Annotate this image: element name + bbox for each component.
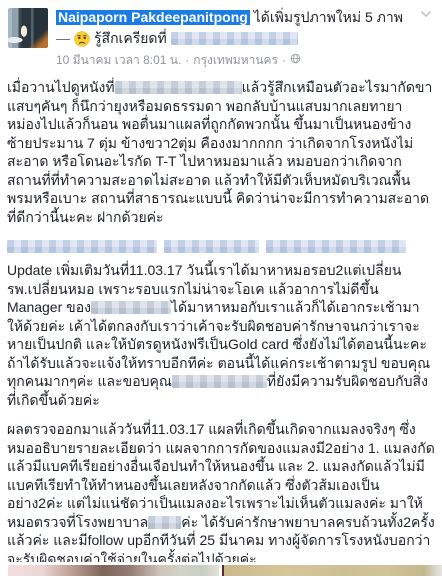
photo-strip xyxy=(8,565,442,576)
post-paragraph-2: Update เพิ่มเติมวันที่11.03.17 วันนี้เรา… xyxy=(7,261,435,409)
redacted-text xyxy=(115,81,242,94)
meta-separator: · xyxy=(185,51,189,70)
post-meta-line: 10 มีนาคม เวลา 8:01 น. · กรุงเทพมหานคร · xyxy=(56,51,412,70)
photo-thumbnail-right[interactable] xyxy=(222,565,442,576)
post-text: แล้วรู้สึกเหมือนตัวอะไรมากัดขาแสบๆคันๆ ก… xyxy=(7,79,432,225)
profile-photo[interactable] xyxy=(8,8,48,48)
post-body: เมื่อวานไปดูหนังที่แล้วรู้สึกเหมือนตัวอะ… xyxy=(0,70,442,562)
header-text: Naipaporn Pakdeepanitpong ได้เพิ่มรูปภาพ… xyxy=(56,8,412,70)
redacted-text xyxy=(91,301,171,314)
chevron-down-icon xyxy=(418,6,434,22)
meta-separator: · xyxy=(282,51,286,70)
redacted-text xyxy=(172,375,267,388)
author-name-link[interactable]: Naipaporn Pakdeepanitpong xyxy=(56,10,250,25)
redacted-tag[interactable] xyxy=(266,240,406,253)
photo-thumbnail-left[interactable] xyxy=(8,565,219,576)
post-header: Naipaporn Pakdeepanitpong ได้เพิ่มรูปภาพ… xyxy=(0,0,442,70)
post-action-text: ได้เพิ่มรูปภาพใหม่ 5 ภาพ xyxy=(254,9,403,25)
location-link[interactable]: กรุงเทพมหานคร xyxy=(193,51,278,70)
facebook-post: { "colors": { "selection_link_blue": "#1… xyxy=(0,0,442,576)
redacted-place-link[interactable] xyxy=(171,32,298,45)
feeling-text: รู้สึกเครียดที่ xyxy=(94,29,167,48)
globe-icon xyxy=(290,51,301,70)
stressed-face-emoji-icon xyxy=(74,31,90,47)
redacted-text xyxy=(148,516,181,529)
post-text: เมื่อวานไปดูหนังที่ xyxy=(7,79,115,95)
post-paragraph-1: เมื่อวานไปดูหนังที่แล้วรู้สึกเหมือนตัวอะ… xyxy=(7,78,435,226)
timestamp[interactable]: 10 มีนาคม เวลา 8:01 น. xyxy=(56,51,181,70)
em-dash: — xyxy=(56,29,70,48)
header-title-line: Naipaporn Pakdeepanitpong ได้เพิ่มรูปภาพ… xyxy=(56,8,412,27)
redacted-tag[interactable] xyxy=(164,240,259,253)
post-paragraph-3: ผลตรวจออกมาแล้ววันที่11.03.17 แผลที่เกิด… xyxy=(7,420,435,562)
redacted-tag[interactable] xyxy=(7,240,157,253)
feeling-line: — รู้สึกเครียดที่ xyxy=(56,29,412,48)
post-menu-button[interactable] xyxy=(418,6,434,22)
redacted-tags-line xyxy=(7,237,435,250)
